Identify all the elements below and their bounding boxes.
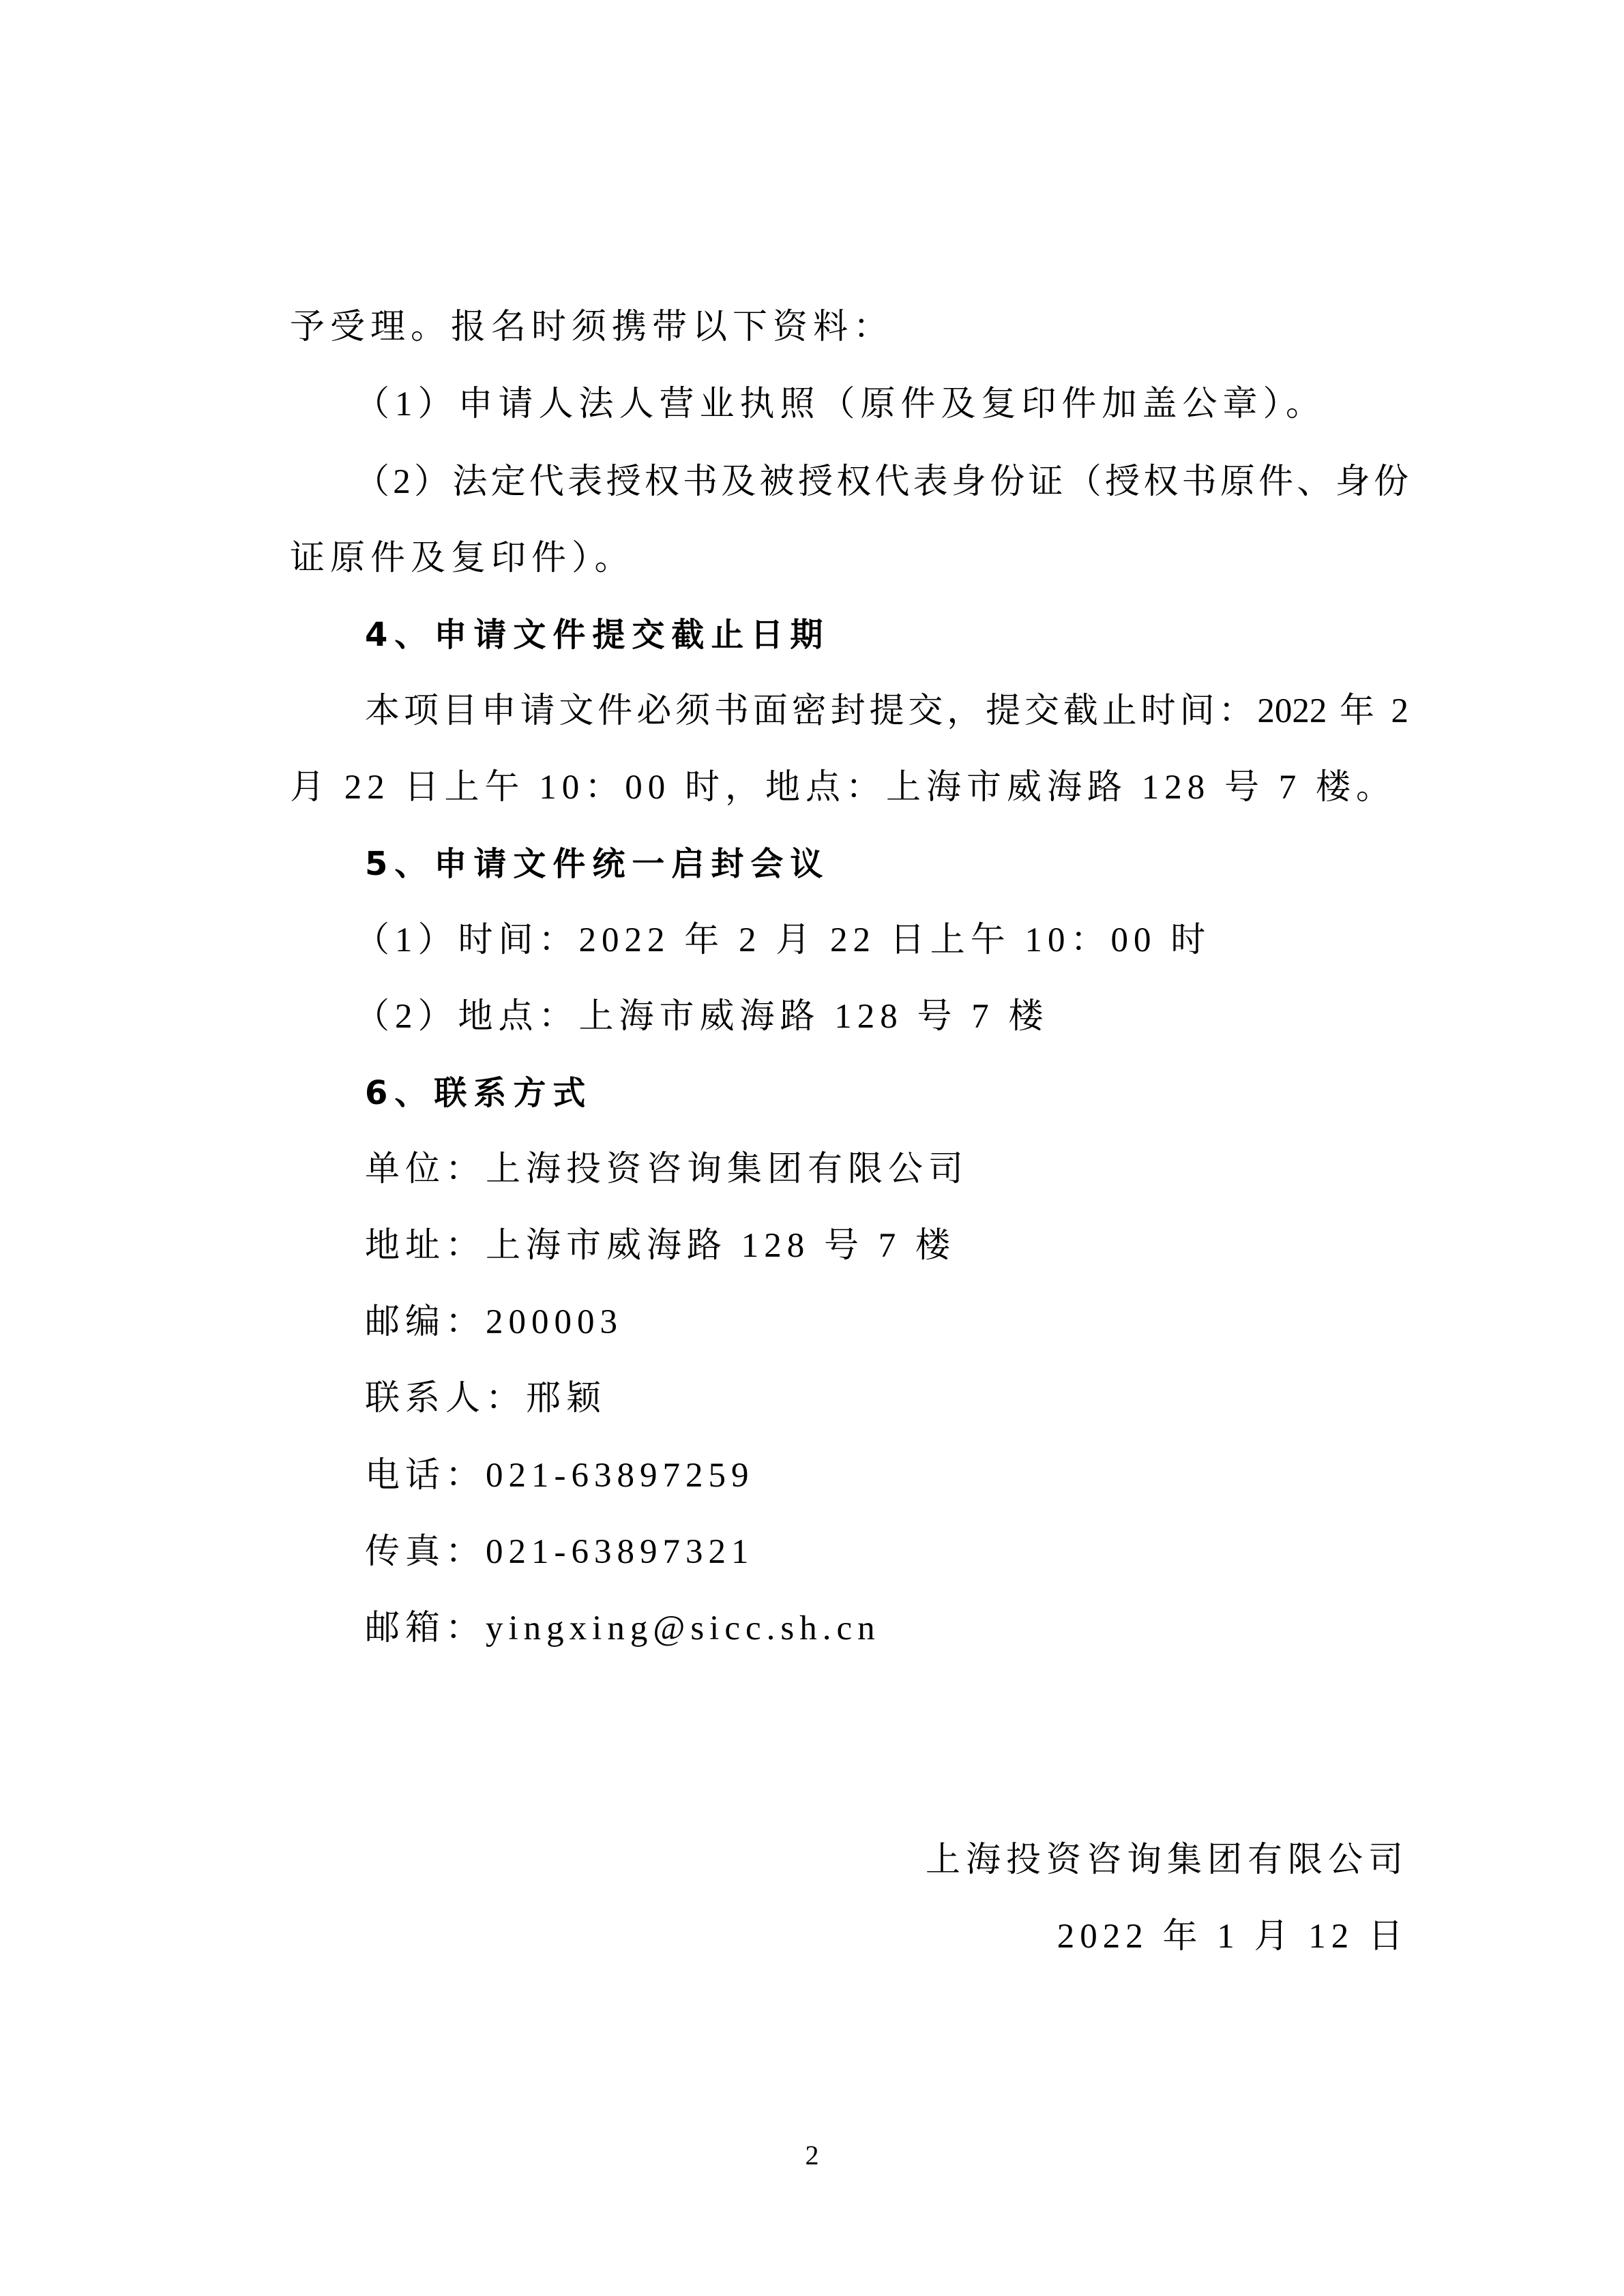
- contact-address: 地址：上海市威海路 128 号 7 楼: [365, 1222, 956, 1270]
- contact-label: 邮箱：: [365, 1609, 486, 1648]
- contact-value: 邢颖: [526, 1380, 606, 1418]
- page-number: 2: [0, 2140, 1624, 2171]
- contact-label: 单位：: [365, 1150, 486, 1189]
- section-4-heading: 4、申请文件提交截止日期: [365, 611, 829, 659]
- continuation-line: 予受理。报名时须携带以下资料：: [290, 303, 894, 351]
- contact-value: 021-63897321: [486, 1533, 754, 1571]
- contact-value: 上海投资咨询集团有限公司: [486, 1150, 969, 1189]
- contact-label: 联系人：: [365, 1380, 526, 1418]
- section-5-heading: 5、申请文件统一启封会议: [365, 840, 829, 888]
- section-6-heading: 6、联系方式: [365, 1069, 592, 1117]
- contact-value: 200003: [486, 1303, 623, 1341]
- contact-label: 电话：: [365, 1457, 486, 1495]
- document-page: 予受理。报名时须携带以下资料： （1）申请人法人营业执照（原件及复印件加盖公章）…: [0, 0, 1624, 2296]
- meeting-place: （2）地点：上海市威海路 128 号 7 楼: [355, 993, 1049, 1041]
- requirement-item-2-continued: 证原件及复印件）。: [290, 535, 635, 582]
- signature-organization: 上海投资咨询集团有限公司: [926, 1836, 1408, 1884]
- requirement-item-2: （2）法定代表授权书及被授权代表身份证（授权书原件、身份: [355, 458, 1408, 506]
- section-4-paragraph-line-1: 本项目申请文件必须书面密封提交，提交截止时间：2022 年 2: [365, 687, 1408, 735]
- contact-value: 上海市威海路 128 号 7 楼: [486, 1227, 956, 1265]
- contact-phone: 电话：021-63897259: [365, 1452, 754, 1500]
- contact-label: 传真：: [365, 1533, 486, 1571]
- contact-fax: 传真：021-63897321: [365, 1528, 754, 1576]
- contact-email-link[interactable]: yingxing@sicc.sh.cn: [486, 1609, 881, 1648]
- contact-label: 地址：: [365, 1227, 486, 1265]
- meeting-time: （1）时间：2022 年 2 月 22 日上午 10：00 时: [355, 916, 1211, 964]
- contact-person: 联系人：邢颖: [365, 1375, 606, 1422]
- contact-value: 021-63897259: [486, 1457, 754, 1495]
- contact-organization: 单位：上海投资咨询集团有限公司: [365, 1146, 969, 1193]
- contact-email: 邮箱：yingxing@sicc.sh.cn: [365, 1605, 881, 1652]
- section-4-paragraph-line-2: 月 22 日上午 10：00 时，地点：上海市威海路 128 号 7 楼。: [290, 764, 1396, 811]
- contact-postcode: 邮编：200003: [365, 1298, 623, 1346]
- contact-label: 邮编：: [365, 1303, 486, 1341]
- requirement-item-1: （1）申请人法人营业执照（原件及复印件加盖公章）。: [355, 381, 1326, 428]
- signature-date: 2022 年 1 月 12 日: [1057, 1913, 1408, 1960]
